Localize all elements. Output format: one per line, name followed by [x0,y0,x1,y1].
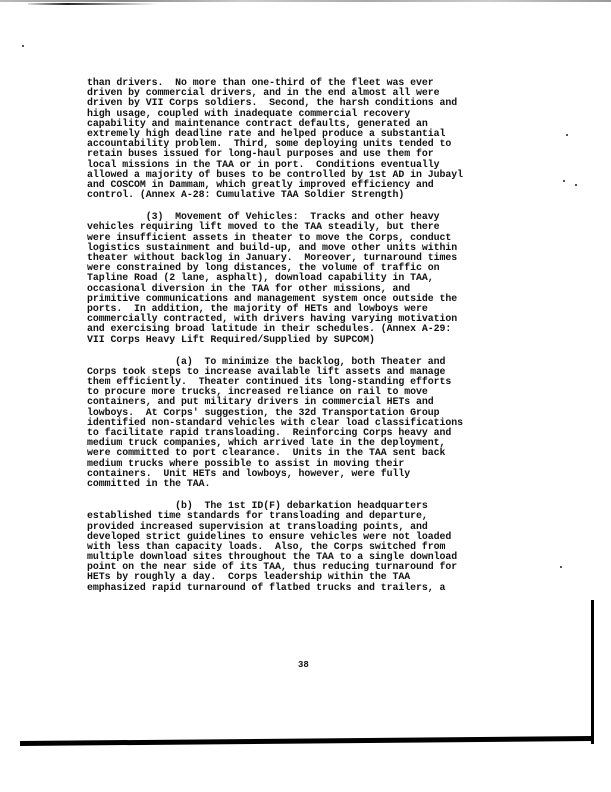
scan-speck [560,566,562,568]
text-line: VII Corps Heavy Lift Required/Supplied b… [87,335,487,345]
scan-bottom-border [20,736,593,746]
paragraph-movement-of-vehicles: (3) Movement of Vehicles: Tracks and oth… [87,212,487,344]
paragraph-b-debarkation-hq: (b) The 1st ID(F) debarkation headquarte… [87,501,487,593]
page-number: 38 [298,660,309,670]
text-line: established time standards for transload… [87,511,487,521]
text-line: control. (Annex A-28: Cumulative TAA Sol… [87,190,487,200]
scan-top-edge [0,0,611,2]
text-line: committed in the TAA. [87,479,487,489]
text-line: retain buses issued for long-haul purpos… [87,149,487,159]
text-line: emphasized rapid turnaround of flatbed t… [87,583,487,593]
scan-speck [22,45,24,47]
scan-speck [563,180,565,182]
paragraph-a-minimize-backlog: (a) To minimize the backlog, both Theate… [87,357,487,489]
document-body: than drivers. No more than one-third of … [87,78,487,593]
scan-right-border [591,600,594,744]
paragraph-gap [87,345,487,357]
scan-speck [575,184,577,186]
scan-smudge [28,3,158,5]
text-line: and exercising broad latitude in their s… [87,324,487,334]
scan-speck [566,134,568,136]
paragraph-fleet-drivers: than drivers. No more than one-third of … [87,78,487,200]
